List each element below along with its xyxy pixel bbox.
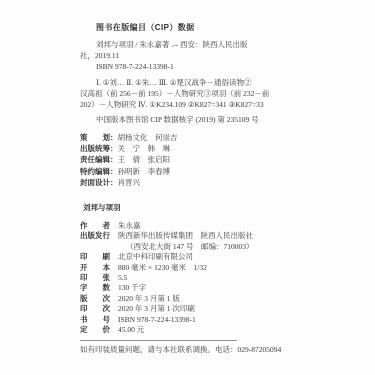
colophon-label: 字 数 [80, 283, 118, 293]
colophon-value: 130 千字 [118, 283, 146, 293]
credit-value: 关 宁 韩 琳 [118, 144, 171, 153]
colophon-label: 出版发行 [80, 231, 118, 241]
colophon-value: 5.5 [118, 273, 127, 283]
cip-classification-line: 汉高祖（前 256－前 195）－人物研究③项羽（前 232－前 [80, 88, 337, 99]
cip-catalog-line: 社，2019.11 [80, 50, 337, 61]
colophon-value: 朱永嘉 [118, 221, 141, 231]
colophon-value: ISBN 978-7-224-13398-1 [118, 315, 196, 325]
colophon-label: 印 次 [80, 304, 118, 314]
credit-row-planning: 策 划：胡杨文化 何崇吉 [80, 132, 337, 143]
cip-record-number-line: 中国版本图书馆 CIP 数据核字 (2019) 第 235109 号 [80, 114, 337, 125]
colophon-row-impression: 印 次2020 年 3 月第 1 次印刷 [80, 304, 337, 314]
colophon-value: 2020 年 3 月第 1 次印刷 [118, 304, 195, 314]
credit-label: 责任编辑： [80, 155, 118, 164]
colophon-row-sheets: 印 张5.5 [80, 273, 337, 283]
colophon-value: （西安北大街 147 号 邮编：710003） [118, 242, 254, 252]
colophon-row-author: 作 者朱永嘉 [80, 221, 337, 231]
credit-row-cover-design: 封面设计：肖晋兴 [80, 177, 337, 188]
colophon-label: 书 号 [80, 315, 118, 325]
credit-value: 孙明新 李春博 [118, 167, 171, 176]
colophon-row-word-count: 字 数130 千字 [80, 283, 337, 293]
colophon-row-printer: 印 刷北京中科印刷有限公司 [80, 252, 337, 262]
book-title: 刘邦与项羽 [80, 202, 337, 213]
colophon-label: 版 次 [80, 294, 118, 304]
credit-value: 胡杨文化 何崇吉 [118, 133, 178, 142]
colophon-value: 880 毫米 × 1230 毫米 1/32 [118, 263, 207, 273]
credit-label: 出版统筹： [80, 144, 118, 153]
credit-label: 特约编辑： [80, 167, 118, 176]
credit-label: 策 划： [80, 133, 118, 142]
divider-rule [80, 340, 237, 341]
cip-catalog-line: 刘邦与项羽 / 朱永嘉著 .-- 西安：陕西人民出版 [80, 39, 337, 50]
cip-isbn-line: ISBN 978-7-224-13398-1 [80, 61, 337, 72]
colophon-value: 陕西新华出版传媒集团 陕西人民出版社 [118, 231, 253, 241]
credits-block: 策 划：胡杨文化 何崇吉 出版统筹：关 宁 韩 琳 责任编辑：王 倩 张启阳 特… [80, 132, 337, 188]
colophon-row-edition: 版 次2020 年 3 月第 1 版 [80, 294, 337, 304]
cip-classification-line: 202）－人物研究 Ⅳ. ①K234.109 ②K827=341 ③K827=3… [80, 99, 337, 110]
colophon-row-price: 定 价45.00 元 [80, 325, 337, 335]
colophon-label: 印 张 [80, 273, 118, 283]
credit-row-publishing-coordinator: 出版统筹：关 宁 韩 琳 [80, 143, 337, 154]
credit-value: 王 倩 张启阳 [118, 155, 171, 164]
colophon-label: 印 刷 [80, 252, 118, 262]
colophon-value: 北京中科印刷有限公司 [118, 252, 193, 262]
colophon-value: 45.00 元 [118, 325, 144, 335]
colophon-label [80, 242, 118, 252]
colophon-row-publisher-address: （西安北大街 147 号 邮编：710003） [80, 242, 337, 252]
credit-label: 封面设计： [80, 178, 118, 187]
colophon-row-publisher: 出版发行陕西新华出版传媒集团 陕西人民出版社 [80, 231, 337, 241]
colophon-value: 2020 年 3 月第 1 版 [118, 294, 180, 304]
colophon-label: 作 者 [80, 221, 118, 231]
colophon-block: 作 者朱永嘉 出版发行陕西新华出版传媒集团 陕西人民出版社 （西安北大街 147… [80, 221, 337, 335]
credit-row-special-editor: 特约编辑：孙明新 李春博 [80, 166, 337, 177]
colophon-row-format: 开 本880 毫米 × 1230 毫米 1/32 [80, 263, 337, 273]
cip-classification-line: Ⅰ. ①刘… Ⅱ. ①朱… Ⅲ. ①楚汉战争－通俗读物② [80, 77, 337, 88]
page-content: 图书在版编目（CIP）数据 刘邦与项羽 / 朱永嘉著 .-- 西安：陕西人民出版… [0, 0, 375, 355]
colophon-label: 定 价 [80, 325, 118, 335]
cip-block: 图书在版编目（CIP）数据 刘邦与项羽 / 朱永嘉著 .-- 西安：陕西人民出版… [80, 22, 337, 125]
quality-notice: 如有印装质量问题，请与本社联系调换。电话：029-87205094 [80, 345, 337, 355]
credit-row-responsible-editor: 责任编辑：王 倩 张启阳 [80, 154, 337, 165]
cip-heading: 图书在版编目（CIP）数据 [80, 22, 337, 33]
credit-value: 肖晋兴 [118, 178, 141, 187]
book-copyright-page: 图书在版编目（CIP）数据 刘邦与项羽 / 朱永嘉著 .-- 西安：陕西人民出版… [0, 0, 375, 375]
colophon-row-isbn: 书 号ISBN 978-7-224-13398-1 [80, 315, 337, 325]
colophon-label: 开 本 [80, 263, 118, 273]
